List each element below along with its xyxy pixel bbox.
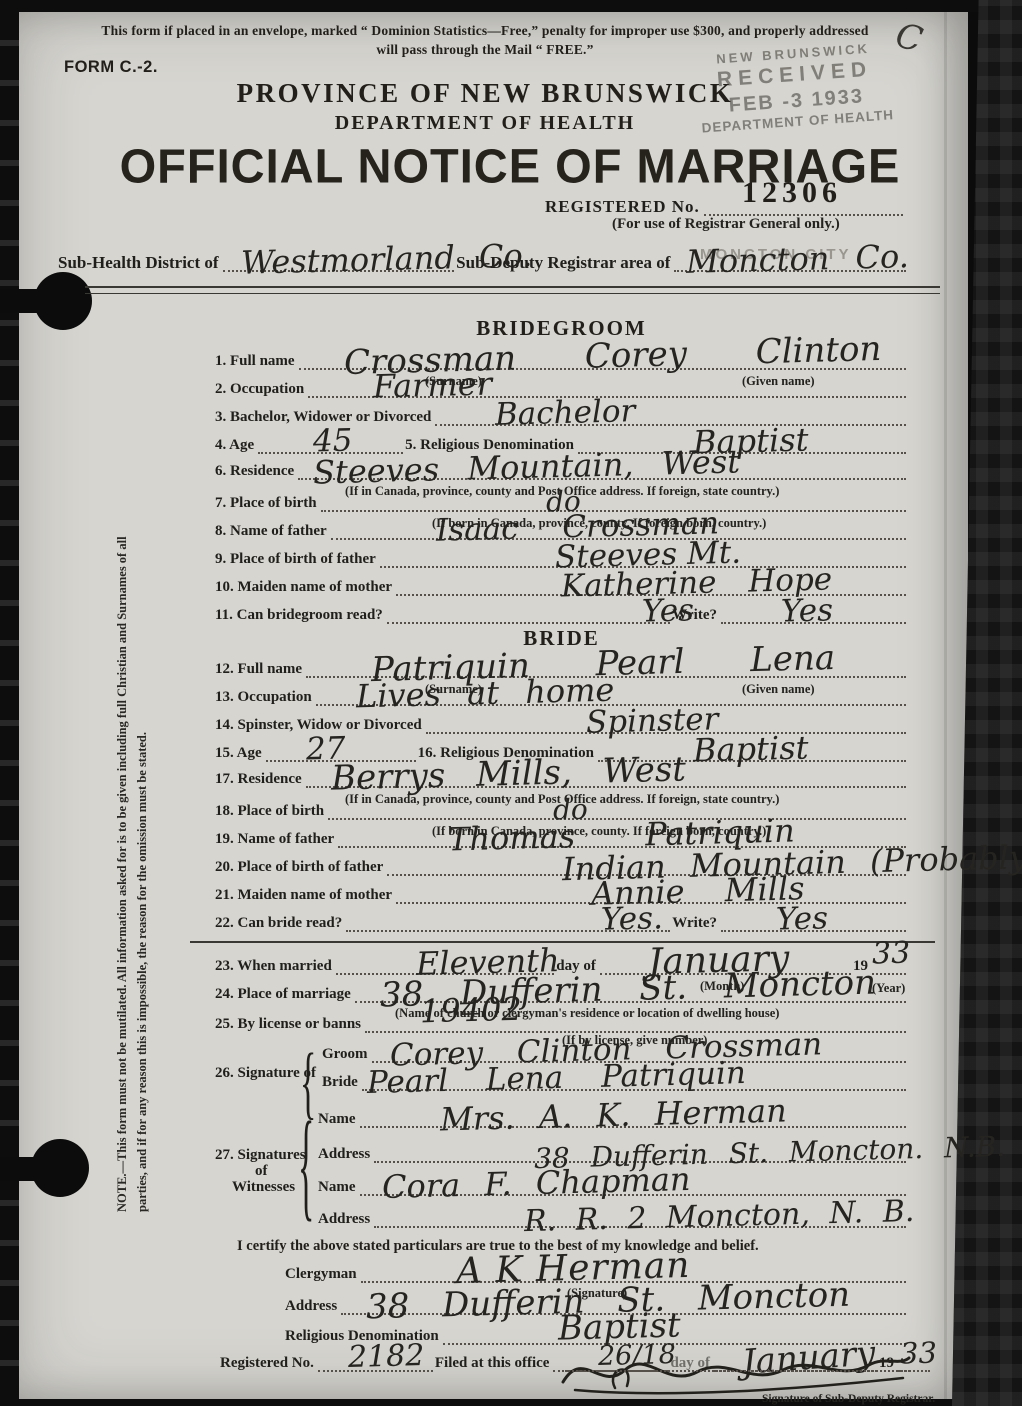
footer-registered-label: Registered No. <box>220 1356 316 1372</box>
field-label: 25. By license or banns <box>215 1017 363 1033</box>
address-label: Address <box>285 1299 339 1315</box>
dotted-line <box>704 194 903 216</box>
address-label: Address <box>318 1147 372 1163</box>
witnesses-label-line3: Witnesses <box>232 1180 297 1196</box>
dotted-line: Yes <box>721 910 906 932</box>
hole-punch <box>34 272 92 330</box>
bride-label: Bride <box>322 1075 360 1091</box>
handwritten-value: 33 <box>872 940 911 968</box>
registrar-signature-caption: Signature of Sub-Deputy Registrar. <box>762 1393 935 1405</box>
side-note: NOTE.—This form must not be mutilated. A… <box>112 507 152 1212</box>
field-label: 8. Name of father <box>215 524 329 540</box>
witnesses-label-line2: of <box>255 1164 270 1180</box>
witness2-name-row: Name Cora F. Chapman <box>318 1176 908 1196</box>
handwritten-value: Yes <box>641 597 694 626</box>
handwritten-value: 19402 <box>420 995 523 1026</box>
dotted-line: R. R. 2 Moncton, N. B. <box>374 1206 906 1228</box>
footer-registered-value: 2182 <box>348 1342 425 1371</box>
field-label: 24. Place of marriage <box>215 987 353 1003</box>
page-title: OFFICIAL NOTICE OF MARRIAGE <box>20 137 1000 193</box>
field-place-of-marriage: 24. Place of marriage 38 Dufferin St. Mo… <box>215 983 908 1003</box>
witness2-address: R. R. 2 Moncton, N. B. <box>524 1198 915 1235</box>
field-label: 23. When married <box>215 959 334 975</box>
handwritten-value: Yes <box>781 597 834 626</box>
clergyman-label: Clergyman <box>285 1267 359 1283</box>
mail-notice-line1: This form if placed in an envelope, mark… <box>20 23 950 39</box>
dotted-line: Cora F. Chapman <box>360 1174 907 1196</box>
field-residence-bride: 17. Residence Berrys Mills, West <box>215 768 908 788</box>
scanned-marriage-notice: This form if placed in an envelope, mark… <box>0 0 1022 1406</box>
field-label: 17. Residence <box>215 772 304 788</box>
dotted-line: 19402 <box>365 1011 906 1033</box>
witness1-name: Mrs. A. K. Herman <box>439 1097 786 1135</box>
filed-label: Filed at this office <box>435 1356 552 1372</box>
field-label: 1. Full name <box>215 354 297 370</box>
dotted-line: 38 Dufferin St. Moncton. N.B. <box>374 1141 906 1163</box>
field-residence-groom: 6. Residence Steeves Mountain, West <box>215 460 908 480</box>
side-note-line1: NOTE.—This form must not be mutilated. A… <box>112 507 132 1212</box>
handwritten-value: Berrys Mills, West <box>330 755 686 795</box>
sub-deputy-area-value: Moncton Co. <box>686 242 910 277</box>
groom-label: Groom <box>322 1047 370 1063</box>
dotted-line: Isaac Crossman <box>331 518 906 540</box>
field-label: 19. Name of father <box>215 832 336 848</box>
witness1-address-row: Address 38 Dufferin St. Moncton. N.B. <box>318 1143 908 1163</box>
divider-rule <box>190 941 935 943</box>
field-can-read-bride: 22. Can bride read? Yes. Write? Yes <box>215 912 908 932</box>
dotted-line: Steeves Mountain, West <box>298 458 906 480</box>
field-father-name-groom: 8. Name of father Isaac Crossman <box>215 520 908 540</box>
hole-punch <box>31 1139 89 1197</box>
dotted-line: Yes <box>387 602 670 624</box>
write-label: Write? <box>672 916 719 932</box>
side-note-line2: parties, and if for any reason this is i… <box>132 507 152 1212</box>
form-number: FORM C.-2. <box>64 58 158 77</box>
district-row: Sub-Health District of Westmorland Co. S… <box>58 252 908 272</box>
sub-health-district-value: Westmorland Co. <box>240 241 532 277</box>
dotted-line: Moncton Co. <box>674 250 906 272</box>
witness2-name: Cora F. Chapman <box>381 1165 690 1202</box>
field-label: 21. Maiden name of mother <box>215 888 394 904</box>
field-full-name-groom: 1. Full name Crossman Corey Clinton <box>215 350 908 370</box>
field-label: 6. Residence <box>215 464 296 480</box>
dotted-line: Lives at home <box>316 684 906 706</box>
field-label: 4. Age <box>215 438 256 454</box>
name-label: Name <box>318 1112 358 1128</box>
sub-deputy-registrar-signature <box>555 1338 915 1396</box>
dotted-line: Yes. <box>346 910 670 932</box>
field-label: 7. Place of birth <box>215 496 319 512</box>
field-label: 18. Place of birth <box>215 804 326 820</box>
received-stamp: NEW BRUNSWICK RECEIVED FEB -3 1933 DEPAR… <box>685 39 905 138</box>
dotted-line: Spinster <box>426 712 906 734</box>
address-label: Address <box>318 1212 372 1228</box>
scan-edge-top <box>0 0 1022 12</box>
field-label: 2. Occupation <box>215 382 306 398</box>
dotted-line: Bachelor <box>435 404 906 426</box>
dotted-line: 2182 <box>318 1350 433 1372</box>
field-label: 20. Place of birth of father <box>215 860 385 876</box>
dotted-line: Yes <box>721 602 906 624</box>
field-label: 11. Can bridegroom read? <box>215 608 385 624</box>
dotted-line: Berrys Mills, West <box>306 766 906 788</box>
field-label: 15. Age <box>215 746 264 762</box>
field-label: 13. Occupation <box>215 690 314 706</box>
field-can-read-groom: 11. Can bridegroom read? Yes Write? Yes <box>215 604 908 624</box>
field-label: 9. Place of birth of father <box>215 552 378 568</box>
bride-signature: Pearl Lena Patriquin <box>367 1060 747 1098</box>
field-label: 10. Maiden name of mother <box>215 580 394 596</box>
field-label: 12. Full name <box>215 662 304 678</box>
dotted-line: 33 <box>872 953 906 975</box>
scan-edge-left <box>0 0 19 1406</box>
witness1-name-row: Name Mrs. A. K. Herman <box>318 1108 908 1128</box>
handwritten-value: Baptist <box>693 734 809 766</box>
registered-number-label: REGISTERED No. <box>545 198 702 216</box>
bride-signature-row: Bride Pearl Lena Patriquin <box>322 1071 908 1091</box>
field-label: 22. Can bride read? <box>215 916 344 932</box>
dotted-line: Westmorland Co. <box>223 250 455 272</box>
field-occupation-bride: 13. Occupation Lives at home <box>215 686 908 706</box>
handwritten-value: Yes <box>776 905 829 934</box>
registrar-only-note: (For use of Registrar General only.) <box>612 216 840 233</box>
divider-rule <box>85 286 940 294</box>
handwritten-value: Lives at home <box>355 676 614 712</box>
dotted-line: Pearl Lena Patriquin <box>362 1069 906 1091</box>
handwritten-value: Bachelor <box>495 398 636 430</box>
brace-glyph: { <box>298 1108 314 1230</box>
registered-number-row: REGISTERED No. <box>545 196 905 216</box>
paper-fold-line <box>944 11 947 1400</box>
name-label: Name <box>318 1180 358 1196</box>
dotted-line <box>565 1370 910 1372</box>
witness2-address-row: Address R. R. 2 Moncton, N. B. <box>318 1208 908 1228</box>
dotted-line: Mrs. A. K. Herman <box>360 1106 907 1128</box>
handwritten-value: Yes. <box>601 905 664 935</box>
dotted-line: 45 <box>258 432 403 454</box>
witnesses-label-line1: 27. Signatures <box>215 1148 308 1164</box>
handwritten-value: Farmer <box>373 370 493 402</box>
handwritten-value: Steeves Mountain, West <box>313 448 741 488</box>
sub-health-district-label: Sub-Health District of <box>58 254 221 272</box>
